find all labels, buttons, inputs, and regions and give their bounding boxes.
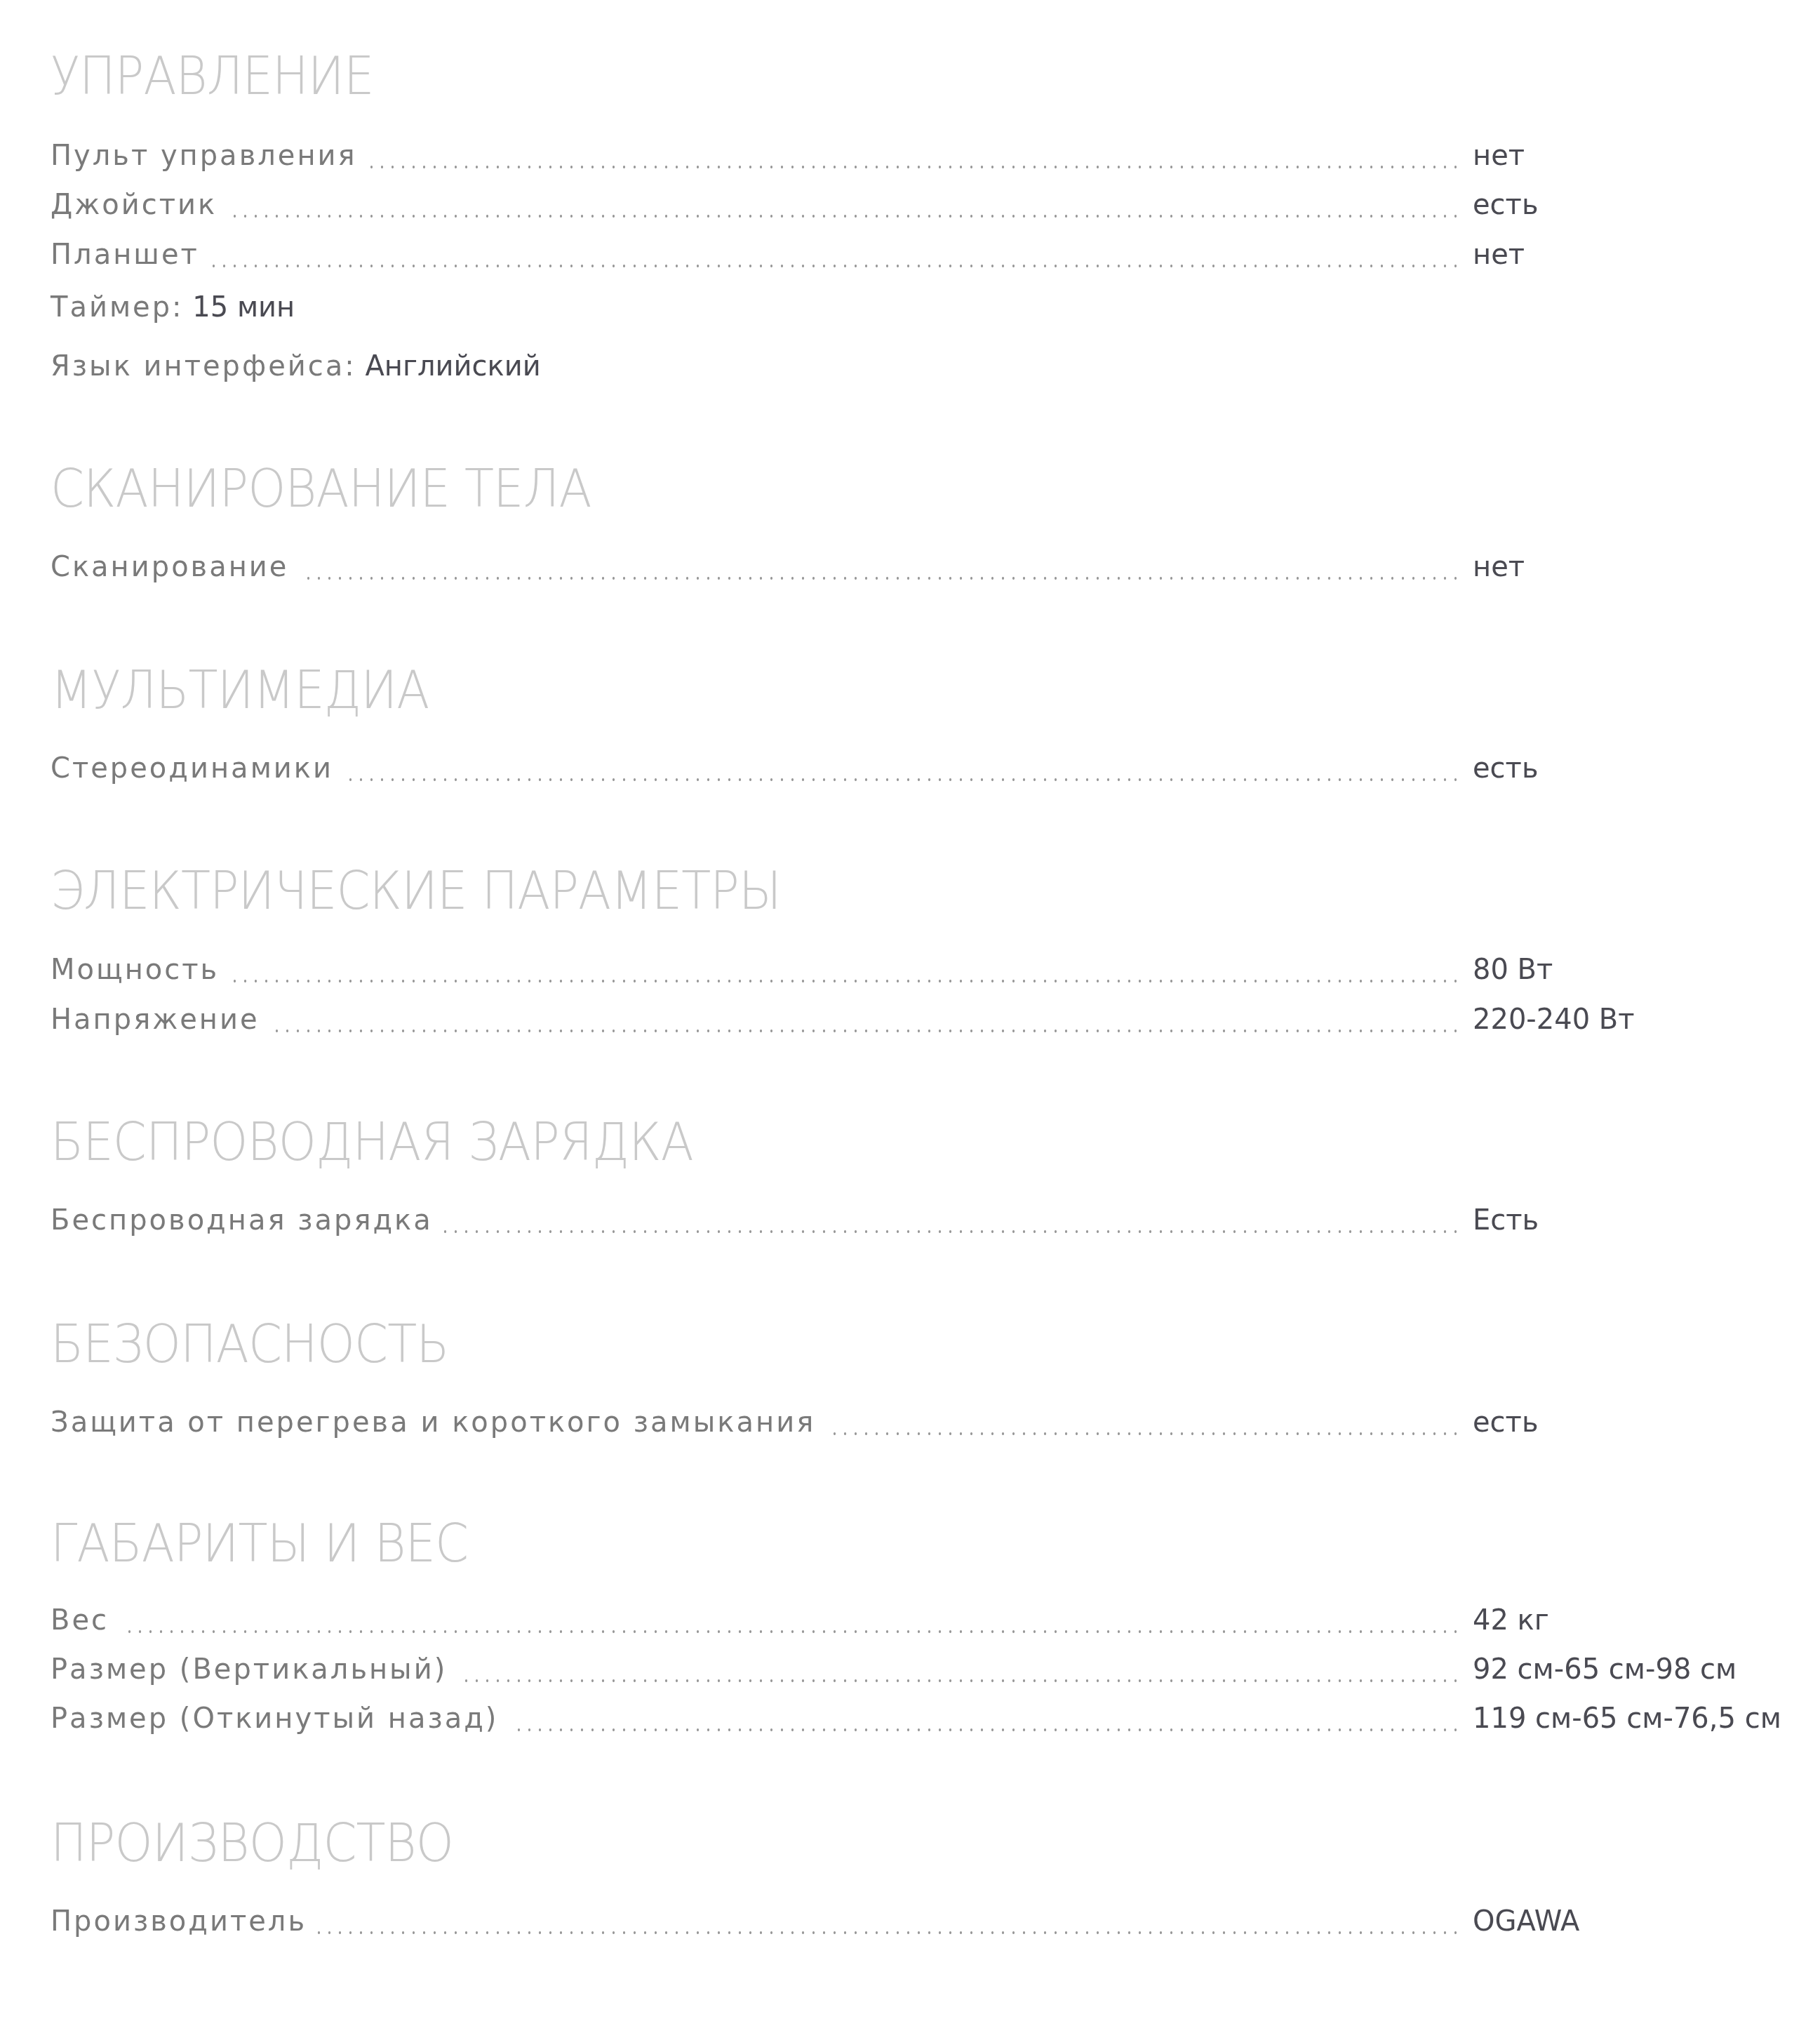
spec-value: 119 см-65 см-76,5 см [1473, 1705, 1781, 1733]
section-heading: ЭЛЕКТРИЧЕСКИЕ ПАРАМЕТРЫ [51, 865, 781, 917]
spec-label: Защита от перегрева и короткого замыкани… [51, 1408, 827, 1437]
spec-label: Таймер: [51, 291, 184, 324]
spec-label: Язык интерфейса: [51, 350, 356, 382]
spec-label: Джойстик [51, 191, 228, 219]
spec-label: Напряжение [51, 1006, 271, 1034]
spec-row-weight: Вес 42 кг [51, 1602, 1819, 1637]
spec-value: 92 см-65 см-98 см [1473, 1655, 1737, 1684]
inline-spec: Таймер: 15 мин [51, 293, 295, 321]
spec-label: Вес [51, 1606, 120, 1634]
spec-label: Производитель [51, 1907, 318, 1935]
section-heading: ПРОИЗВОДСТВО [51, 1818, 453, 1870]
spec-row-language: Язык интерфейса: Английский [51, 348, 1819, 383]
spec-value: нет [1473, 142, 1525, 170]
section-heading: ГАБАРИТЫ И ВЕС [51, 1518, 468, 1570]
dot-leader [51, 215, 1461, 218]
spec-value: нет [1473, 241, 1525, 269]
section-heading: БЕСПРОВОДНАЯ ЗАРЯДКА [51, 1117, 693, 1168]
spec-row-size-reclined: Размер (Откинутый назад) 119 см-65 см-76… [51, 1700, 1819, 1735]
spec-row-speakers: Стереодинамики есть [51, 750, 1819, 785]
spec-value: OGAWA [1473, 1907, 1579, 1935]
spec-row-joystick: Джойстик есть [51, 187, 1819, 222]
spec-label: Сканирование [51, 553, 300, 581]
spec-value: есть [1473, 1408, 1538, 1437]
spec-value: 42 кг [1473, 1606, 1549, 1634]
inline-spec: Язык интерфейса: Английский [51, 352, 541, 380]
dot-leader [51, 1630, 1461, 1633]
spec-value: есть [1473, 191, 1538, 219]
spec-label: Размер (Вертикальный) [51, 1655, 458, 1684]
spec-label: Мощность [51, 956, 230, 984]
section-heading: БЕЗОПАСНОСТЬ [51, 1319, 449, 1371]
spec-value: нет [1473, 553, 1525, 581]
spec-row-overheat-protection: Защита от перегрева и короткого замыкани… [51, 1404, 1819, 1439]
spec-label: Стереодинамики [51, 754, 344, 782]
section-heading: МУЛЬТИМЕДИА [51, 665, 429, 717]
spec-value: Английский [365, 350, 540, 382]
spec-value: 220-240 Вт [1473, 1006, 1635, 1034]
spec-row-timer: Таймер: 15 мин [51, 289, 1819, 324]
spec-row-manufacturer: Производитель OGAWA [51, 1903, 1819, 1938]
dot-leader [51, 265, 1461, 267]
spec-row-wireless-charging: Беспроводная зарядка Есть [51, 1202, 1819, 1237]
spec-row-tablet: Планшет нет [51, 236, 1819, 272]
spec-row-size-upright: Размер (Вертикальный) 92 см-65 см-98 см [51, 1651, 1819, 1686]
spec-row-remote: Пульт управления нет [51, 138, 1819, 173]
spec-row-voltage: Напряжение 220-240 Вт [51, 1001, 1819, 1037]
spec-label: Планшет [51, 241, 210, 269]
spec-label: Пульт управления [51, 142, 368, 170]
spec-row-power: Мощность 80 Вт [51, 952, 1819, 987]
section-heading: УПРАВЛЕНИЕ [51, 51, 373, 102]
spec-row-scanning: Сканирование нет [51, 549, 1819, 584]
section-heading: СКАНИРОВАНИЕ ТЕЛА [51, 463, 591, 515]
spec-value: Есть [1473, 1206, 1539, 1234]
dot-leader [51, 980, 1461, 982]
spec-label: Размер (Откинутый назад) [51, 1705, 509, 1733]
spec-value: 80 Вт [1473, 956, 1553, 984]
spec-value: есть [1473, 754, 1538, 782]
spec-value: 15 мин [192, 291, 295, 324]
spec-label: Беспроводная зарядка [51, 1206, 444, 1234]
